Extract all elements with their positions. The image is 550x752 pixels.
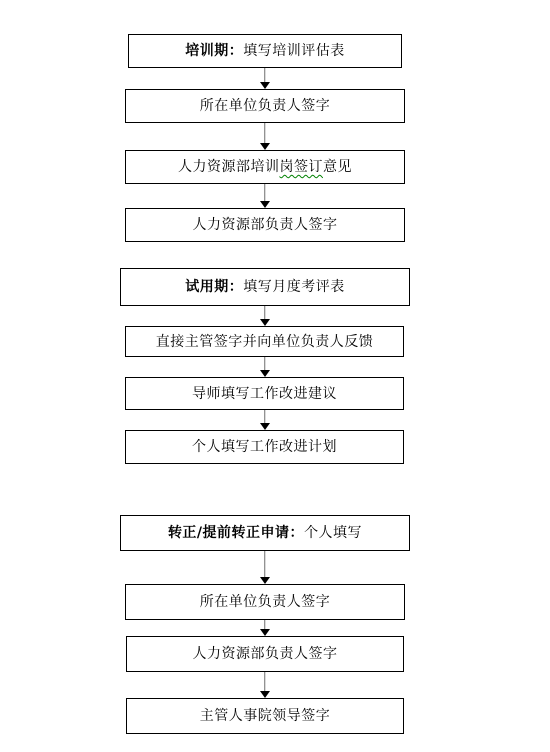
- flow-box-hr-leader-signature-2: 人力资源部负责人签字: [126, 636, 404, 672]
- box-label: 导师填写工作改进建议: [192, 387, 337, 401]
- down-arrow: [259, 410, 270, 430]
- arrowhead-icon: [260, 423, 270, 430]
- down-arrow: [259, 672, 270, 698]
- box-label-bold: 试用期：: [185, 280, 243, 294]
- box-label: 主管人事院领导签字: [200, 709, 331, 723]
- box-label: 人力资源部负责人签字: [193, 647, 338, 661]
- arrow-line: [264, 410, 266, 424]
- arrow-line: [264, 184, 266, 202]
- arrowhead-icon: [260, 691, 270, 698]
- box-label-prefix: 人力资源部培训: [178, 160, 280, 174]
- flow-box-direct-supervisor-sign-feedback: 直接主管签字并向单位负责人反馈: [125, 326, 404, 357]
- flow-box-unit-leader-signature-1: 所在单位负责人签字: [125, 89, 405, 123]
- arrowhead-icon: [260, 319, 270, 326]
- flow-box-hr-training-post-opinion: 人力资源部培训岗签订意见: [125, 150, 405, 184]
- down-arrow: [259, 306, 270, 326]
- flow-box-hr-leader-signature-1: 人力资源部负责人签字: [125, 208, 405, 242]
- down-arrow: [259, 123, 270, 150]
- flow-box-unit-leader-signature-2: 所在单位负责人签字: [125, 584, 405, 620]
- arrowhead-icon: [260, 577, 270, 584]
- box-label: 所在单位负责人签字: [200, 595, 331, 609]
- box-label: 填写月度考评表: [243, 280, 345, 294]
- arrow-line: [264, 551, 266, 578]
- arrowhead-icon: [260, 201, 270, 208]
- flow-box-training-period-header: 培训期：填写培训评估表: [128, 34, 402, 68]
- box-label: 个人填写工作改进计划: [192, 440, 337, 454]
- down-arrow: [259, 184, 270, 208]
- arrow-line: [264, 68, 266, 83]
- box-label: 个人填写: [304, 526, 362, 540]
- box-label-bold: 培训期：: [185, 44, 243, 58]
- arrow-line: [264, 357, 266, 371]
- flow-box-mentor-improvement-suggestions: 导师填写工作改进建议: [125, 377, 404, 410]
- box-label: 填写培训评估表: [243, 44, 345, 58]
- arrowhead-icon: [260, 370, 270, 377]
- flow-box-personnel-dean-signature: 主管人事院领导签字: [126, 698, 404, 734]
- arrow-line: [264, 672, 266, 692]
- box-label-suffix: 意见: [323, 160, 352, 174]
- down-arrow: [259, 357, 270, 377]
- flowchart-canvas: 培训期：填写培训评估表 所在单位负责人签字 人力资源部培训岗签订意见 人力资源部…: [0, 0, 550, 752]
- flow-box-regularization-application-header: 转正/提前转正申请：个人填写: [120, 515, 410, 551]
- box-label-bold: 转正/提前转正申请：: [168, 526, 304, 540]
- flow-box-probation-period-header: 试用期：填写月度考评表: [120, 268, 410, 306]
- arrow-line: [264, 306, 266, 320]
- box-label: 所在单位负责人签字: [200, 99, 331, 113]
- down-arrow: [259, 620, 270, 636]
- arrow-line: [264, 123, 266, 144]
- down-arrow: [259, 68, 270, 89]
- box-label: 人力资源部负责人签字: [193, 218, 338, 232]
- arrowhead-icon: [260, 143, 270, 150]
- flow-box-personal-improvement-plan: 个人填写工作改进计划: [125, 430, 404, 464]
- arrowhead-icon: [260, 629, 270, 636]
- box-label: 直接主管签字并向单位负责人反馈: [156, 335, 374, 349]
- down-arrow: [259, 551, 270, 584]
- box-label-spellcheck-squiggle: 岗签订: [280, 160, 324, 174]
- arrowhead-icon: [260, 82, 270, 89]
